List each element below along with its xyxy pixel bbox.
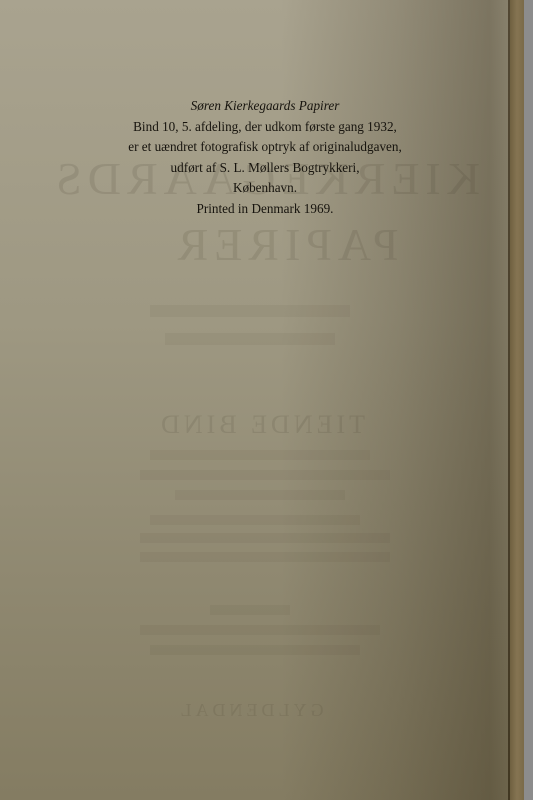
show-through-line xyxy=(140,625,380,635)
show-through-line xyxy=(150,515,360,525)
show-through-line xyxy=(140,533,390,543)
show-through-line xyxy=(150,450,370,460)
show-through-line xyxy=(140,552,390,562)
colophon-line: Bind 10, 5. afdeling, der udkom første g… xyxy=(100,117,430,138)
background-surface xyxy=(524,0,533,800)
show-through-line xyxy=(150,305,350,317)
colophon-print-line: Printed in Denmark 1969. xyxy=(100,199,430,220)
show-through-heading-2: PAPIRER xyxy=(140,218,430,271)
show-through-line xyxy=(165,333,335,345)
colophon-line: er et uændret fotografisk optryk af orig… xyxy=(100,137,430,158)
show-through-volume: TIENDE BIND xyxy=(165,410,365,440)
colophon-title: Søren Kierkegaards Papirer xyxy=(100,96,430,117)
page-edge-stack xyxy=(510,0,524,800)
show-through-publisher: GYLDENDAL xyxy=(160,700,340,721)
book-page: KIERKEGAARDS PAPIRER TIENDE BIND GYLDEND… xyxy=(0,0,510,800)
show-through-line xyxy=(210,605,290,615)
colophon: Søren Kierkegaards Papirer Bind 10, 5. a… xyxy=(100,96,430,219)
show-through-line xyxy=(175,490,345,500)
colophon-line: udført af S. L. Møllers Bogtrykkeri, xyxy=(100,158,430,179)
colophon-line: København. xyxy=(100,178,430,199)
show-through-line xyxy=(140,470,390,480)
show-through-line xyxy=(150,645,360,655)
